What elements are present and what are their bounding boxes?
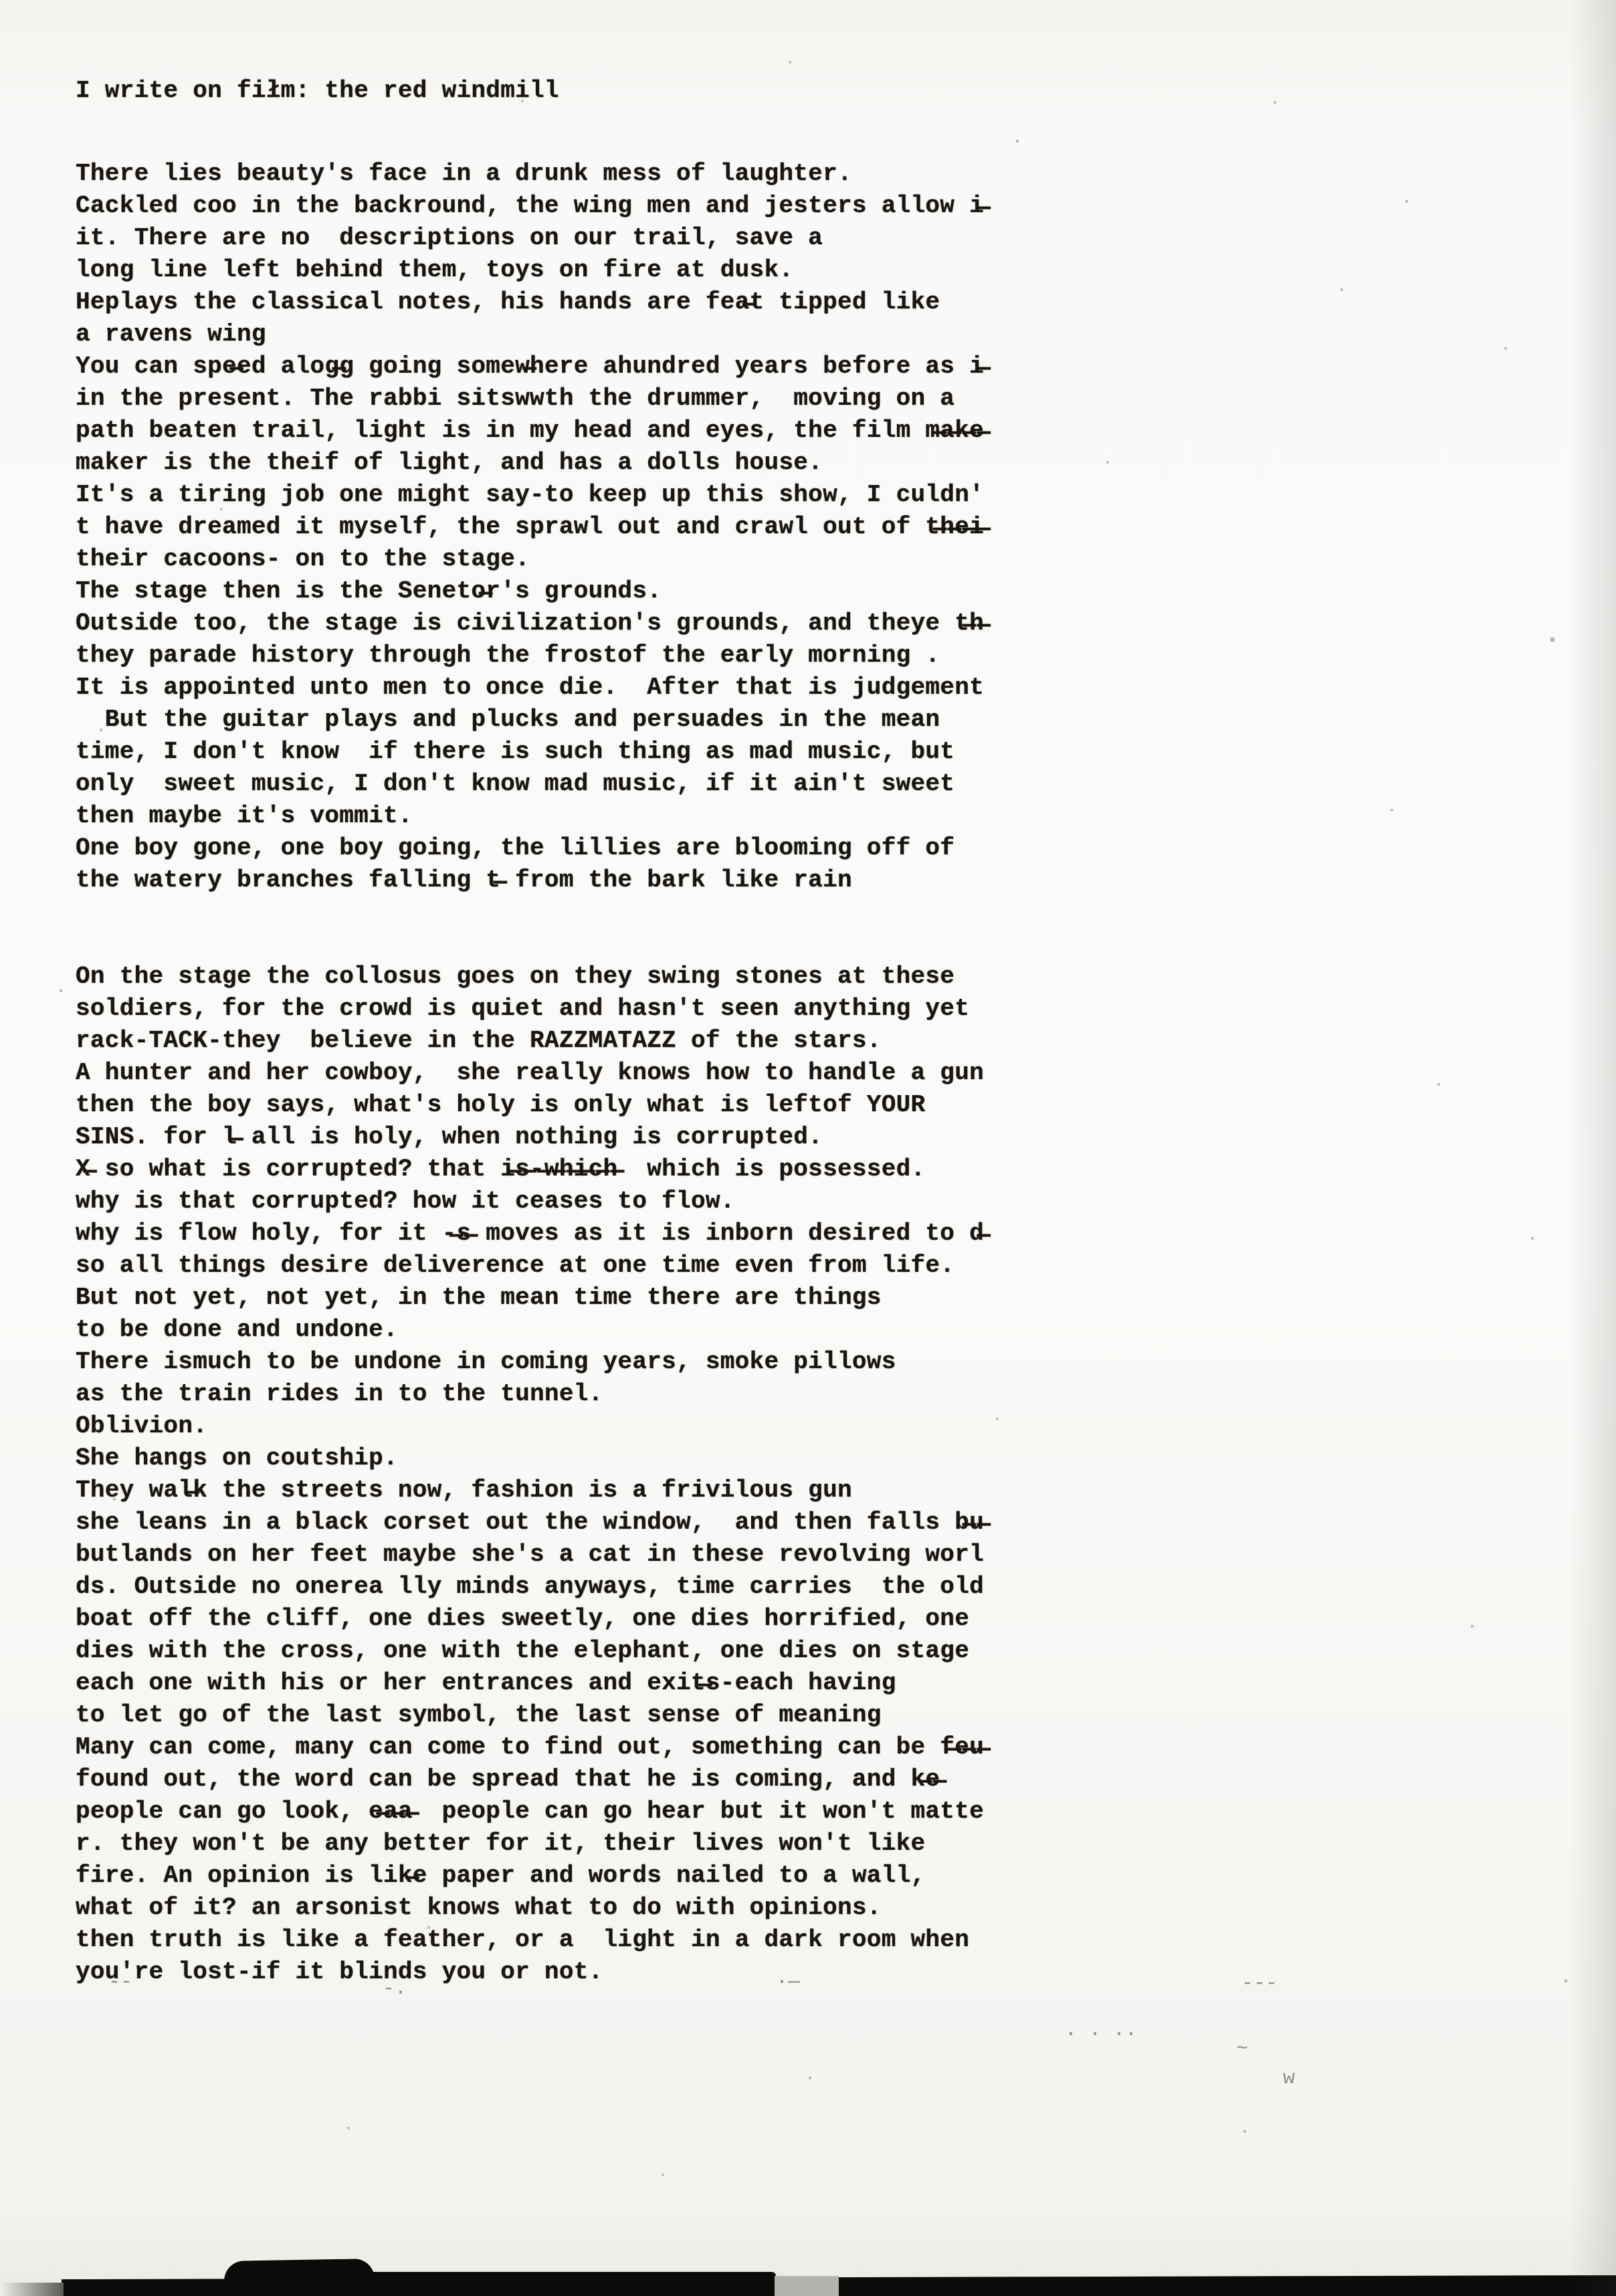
poem-line: it. There are no descriptions on our tra… bbox=[76, 222, 984, 254]
poem-line: to let go of the last symbol, the last s… bbox=[76, 1699, 984, 1731]
poem-line: Heplays the classical notes, his hands a… bbox=[76, 286, 984, 318]
poem-line: people can go look, e̶a̶a̶ people can go… bbox=[76, 1796, 984, 1828]
poem-line: found out, the word can be spread that h… bbox=[76, 1763, 984, 1796]
scan-edge-gap bbox=[775, 2276, 839, 2296]
poem-line: why is flow holy, for it -̶s̶ moves as i… bbox=[76, 1218, 984, 1250]
poem-line: Cackled coo in the backround, the wing m… bbox=[76, 190, 984, 222]
poem-line: ds. Outside no onerea lly minds anyways,… bbox=[76, 1571, 984, 1603]
scan-edge-thick-segment bbox=[361, 2272, 776, 2296]
poem-line: But the guitar plays and plucks and pers… bbox=[76, 704, 984, 736]
poem-line: she leans in a black corset out the wind… bbox=[76, 1507, 984, 1539]
poem-line: to be done and undone. bbox=[76, 1314, 984, 1346]
poem-line: you're lost-if it blinds you or not. bbox=[76, 1956, 984, 1988]
pencil-mark: -- bbox=[108, 1971, 132, 1994]
poem-title: I write on fiłm: the red windmill bbox=[76, 75, 559, 107]
poem-line: path beaten trail, light is in my head a… bbox=[76, 415, 984, 447]
poem-line: the watery branches falling t̶ from the … bbox=[76, 864, 984, 896]
pencil-mark: ~ bbox=[1236, 2038, 1248, 2061]
poem-line: as the train rides in to the tunnel. bbox=[76, 1378, 984, 1410]
scan-edge-bump bbox=[224, 2259, 375, 2296]
poem-line: a ravens wing bbox=[76, 318, 984, 351]
poem-line: dies with the cross, one with the elepha… bbox=[76, 1635, 984, 1667]
poem-line: so all things desire deliverence at one … bbox=[76, 1250, 984, 1282]
poem-line: X̶ so what is corrupted? that i̶s̶-̶w̶h̶… bbox=[76, 1153, 984, 1185]
pencil-mark: · · ·· bbox=[1065, 2023, 1137, 2046]
poem-line: She hangs on coutship. bbox=[76, 1442, 984, 1474]
poem-line: One boy gone, one boy going, the lillies… bbox=[76, 832, 984, 864]
poem-line: You can spe̶ed alog̶g going somew̶here a… bbox=[76, 351, 984, 383]
poem-line: Many can come, many can come to find out… bbox=[76, 1731, 984, 1763]
poem-line: SINS. for l̶ all is holy, when nothing i… bbox=[76, 1121, 984, 1153]
scan-edge-left-fade bbox=[0, 2283, 64, 2296]
poem-line: then truth is like a feather, or a light… bbox=[76, 1924, 984, 1956]
poem-line: There ismuch to be undone in coming year… bbox=[76, 1346, 984, 1378]
poem-line: boat off the cliff, one dies sweetly, on… bbox=[76, 1603, 984, 1635]
poem-line: in the present. The rabbi sitswwth the d… bbox=[76, 383, 984, 415]
poem-line bbox=[76, 896, 984, 929]
poem-line: The stage then is the Seneto̶r's grounds… bbox=[76, 575, 984, 607]
pencil-mark: w bbox=[1283, 2067, 1295, 2090]
poem-body: There lies beauty's face in a drunk mess… bbox=[76, 158, 984, 1988]
poem-line: It is appointed unto men to once die. Af… bbox=[76, 672, 984, 704]
poem-line: A hunter and her cowboy, she really know… bbox=[76, 1057, 984, 1089]
poem-line: time, I don't know if there is such thin… bbox=[76, 736, 984, 768]
poem-line: soldiers, for the crowd is quiet and has… bbox=[76, 993, 984, 1025]
poem-line: their cacoons- on to the stage. bbox=[76, 543, 984, 575]
poem-line: Outside too, the stage is civilization's… bbox=[76, 607, 984, 640]
pencil-mark: ·— bbox=[776, 1971, 800, 1994]
poem-line: butlands on her feet maybe she's a cat i… bbox=[76, 1539, 984, 1571]
typewritten-page: I write on fiłm: the red windmill There … bbox=[0, 0, 1616, 2296]
poem-line: then the boy says, what's holy is only w… bbox=[76, 1089, 984, 1121]
poem-line bbox=[76, 929, 984, 961]
poem-line: each one with his or her entrances and e… bbox=[76, 1667, 984, 1699]
poem-line: But not yet, not yet, in the mean time t… bbox=[76, 1282, 984, 1314]
poem-line: t have dreamed it myself, the sprawl out… bbox=[76, 511, 984, 543]
poem-line: why is that corrupted? how it ceases to … bbox=[76, 1185, 984, 1218]
poem-line: long line left behind them, toys on fire… bbox=[76, 254, 984, 286]
poem-line: Oblivion. bbox=[76, 1410, 984, 1442]
poem-line: It's a tiring job one might say-to keep … bbox=[76, 479, 984, 511]
poem-line: they parade history through the frostof … bbox=[76, 640, 984, 672]
pencil-mark: --- bbox=[1241, 1972, 1278, 1995]
poem-line: They wal̶k the streets now, fashion is a… bbox=[76, 1474, 984, 1507]
pencil-mark: -. bbox=[383, 1978, 407, 2000]
poem-line: fire. An opinion is lik̶e paper and word… bbox=[76, 1860, 984, 1892]
scan-noise-specks bbox=[0, 0, 1, 1]
poem-line: rack-TACK-they believe in the RAZZMATAZZ… bbox=[76, 1025, 984, 1057]
poem-line: On the stage the collosus goes on they s… bbox=[76, 961, 984, 993]
poem-line: r. they won't be any better for it, thei… bbox=[76, 1828, 984, 1860]
poem-line: There lies beauty's face in a drunk mess… bbox=[76, 158, 984, 190]
poem-line: then maybe it's vommit. bbox=[76, 800, 984, 832]
scan-edge-right-segment bbox=[839, 2281, 1616, 2296]
poem-line: maker is the theif of light, and has a d… bbox=[76, 447, 984, 479]
poem-line: what of it? an arsonist knows what to do… bbox=[76, 1892, 984, 1924]
poem-line: only sweet music, I don't know mad music… bbox=[76, 768, 984, 800]
